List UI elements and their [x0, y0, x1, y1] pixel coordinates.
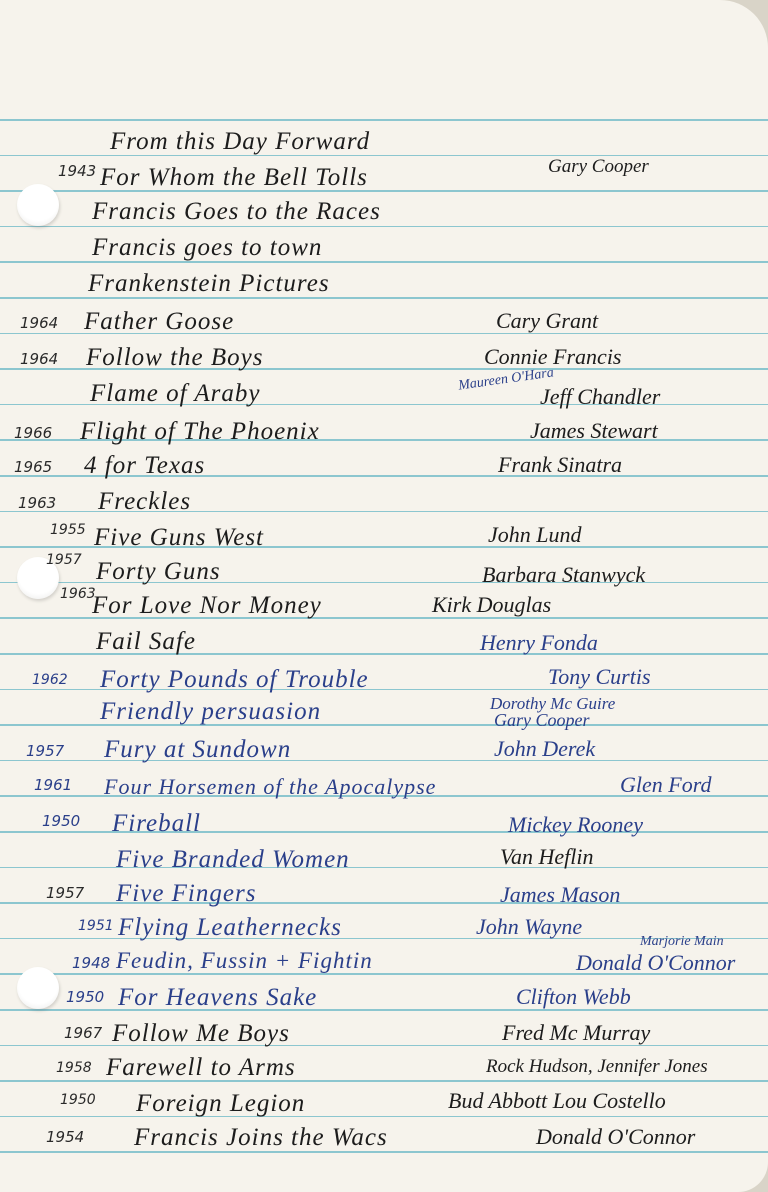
movie-actor: Donald O'Connor: [576, 950, 735, 976]
movie-actor: Donald O'Connor: [536, 1124, 695, 1150]
movie-actor: John Wayne: [476, 914, 582, 940]
movie-year: 1964: [20, 314, 58, 332]
movie-title: Frankenstein Pictures: [88, 270, 330, 298]
entry-row: 1943 For Whom the Bell Tolls Gary Cooper: [0, 160, 768, 196]
movie-title: Forty Pounds of Trouble: [100, 666, 369, 694]
movie-title: Freckles: [98, 488, 191, 516]
movie-title: Flying Leathernecks: [118, 914, 342, 942]
movie-actor: Tony Curtis: [548, 664, 651, 690]
movie-title: Francis goes to town: [92, 234, 322, 262]
entry-row: 1966 Flight of The Phoenix James Stewart: [0, 414, 768, 450]
movie-year: 1967: [64, 1024, 102, 1042]
entry-row: Francis Goes to the Races: [0, 198, 768, 234]
movie-actor: John Lund: [488, 522, 582, 548]
movie-title: Feudin, Fussin + Fightin: [116, 948, 373, 974]
movie-actor: Mickey Rooney: [508, 812, 643, 838]
movie-actor-note: Marjorie Main: [640, 934, 724, 950]
movie-title: Flight of The Phoenix: [80, 418, 320, 446]
movie-title: Flame of Araby: [90, 380, 260, 408]
ruled-line: [0, 119, 768, 121]
movie-year: 1950: [66, 988, 104, 1006]
movie-title: Fury at Sundown: [104, 736, 291, 764]
movie-title: Five Branded Women: [116, 846, 350, 874]
entry-row: 1965 4 for Texas Frank Sinatra: [0, 450, 768, 486]
movie-title: Francis Goes to the Races: [92, 198, 381, 226]
movie-actor: Clifton Webb: [516, 984, 631, 1010]
movie-actor: Fred Mc Murray: [502, 1020, 650, 1046]
movie-actor: Bud Abbott Lou Costello: [448, 1088, 666, 1114]
entry-row: 1963 Freckles: [0, 486, 768, 522]
entry-row: 1957 Fury at Sundown John Derek: [0, 734, 768, 770]
movie-year: 1964: [20, 350, 58, 368]
movie-year: 1955: [50, 522, 86, 538]
entry-row: 1957 Five Fingers James Mason: [0, 878, 768, 914]
movie-year: 1957: [46, 884, 84, 902]
movie-actor: James Mason: [500, 882, 620, 908]
movie-title: For Love Nor Money: [92, 592, 322, 620]
movie-actor: John Derek: [494, 736, 595, 762]
movie-title: Five Guns West: [94, 524, 264, 552]
movie-year: 1950: [60, 1092, 96, 1108]
movie-actor: Van Heflin: [500, 844, 594, 870]
movie-year: 1966: [14, 424, 52, 442]
entry-row: 1964 Father Goose Cary Grant: [0, 306, 768, 342]
movie-actor: James Stewart: [530, 418, 658, 444]
entry-row: 1957 Forty Guns Barbara Stanwyck: [0, 556, 768, 592]
entry-row: 1958 Farewell to Arms Rock Hudson, Jenni…: [0, 1052, 768, 1088]
movie-year: 1961: [34, 776, 72, 794]
movie-year: 1965: [14, 458, 52, 476]
entry-row: 1950 Foreign Legion Bud Abbott Lou Coste…: [0, 1088, 768, 1124]
entry-row: 1955 Five Guns West John Lund: [0, 522, 768, 558]
movie-actor: Gary Cooper: [494, 710, 590, 731]
entry-row: 1963 For Love Nor Money Kirk Douglas: [0, 590, 768, 626]
movie-title: Foreign Legion: [136, 1090, 305, 1118]
movie-actor: Cary Grant: [496, 308, 598, 334]
movie-year: 1962: [32, 672, 68, 688]
entry-row: 1948 Feudin, Fussin + Fightin Marjorie M…: [0, 946, 768, 982]
movie-year: 1950: [42, 812, 80, 830]
movie-actor: Glen Ford: [620, 772, 711, 798]
entry-row: 1950 Fireball Mickey Rooney: [0, 806, 768, 842]
movie-year: 1951: [78, 918, 114, 934]
movie-title: Friendly persuasion: [100, 698, 321, 726]
notebook-page: From this Day Forward 1943 For Whom the …: [0, 0, 768, 1192]
movie-title: Four Horsemen of the Apocalypse: [104, 774, 436, 800]
entry-row: Fail Safe Henry Fonda: [0, 626, 768, 662]
movie-year: 1963: [18, 494, 56, 512]
entry-row: 1962 Forty Pounds of Trouble Tony Curtis: [0, 662, 768, 698]
movie-year: 1963: [60, 586, 96, 602]
movie-title: Fireball: [112, 810, 201, 838]
entry-row: Five Branded Women Van Heflin: [0, 842, 768, 878]
movie-actor: Henry Fonda: [480, 630, 598, 656]
movie-title: Fail Safe: [96, 628, 196, 656]
entry-row: 1961 Four Horsemen of the Apocalypse Gle…: [0, 770, 768, 806]
movie-year: 1943: [58, 162, 96, 180]
movie-title: Follow the Boys: [86, 344, 263, 372]
movie-year: 1957: [46, 552, 82, 568]
movie-actor: Gary Cooper: [548, 156, 649, 178]
movie-title: For Whom the Bell Tolls: [100, 164, 368, 192]
entry-row: Francis goes to town: [0, 234, 768, 270]
movie-actor: Kirk Douglas: [432, 592, 551, 618]
entry-row: 1950 For Heavens Sake Clifton Webb: [0, 982, 768, 1018]
movie-actor: Frank Sinatra: [498, 452, 622, 478]
movie-title: Forty Guns: [96, 558, 221, 586]
entry-row: 1954 Francis Joins the Wacs Donald O'Con…: [0, 1122, 768, 1158]
movie-title: Five Fingers: [116, 880, 256, 908]
movie-year: 1957: [26, 742, 64, 760]
movie-actor: Barbara Stanwyck: [482, 562, 645, 588]
movie-year: 1948: [72, 954, 110, 972]
entry-row: Flame of Araby Maureen O'Hara Jeff Chand…: [0, 378, 768, 414]
entry-row: From this Day Forward: [0, 128, 768, 164]
movie-year: 1954: [46, 1128, 84, 1146]
movie-title: For Heavens Sake: [118, 984, 317, 1012]
movie-actor: Jeff Chandler: [540, 384, 660, 410]
movie-title: Farewell to Arms: [106, 1054, 296, 1082]
movie-title: 4 for Texas: [84, 452, 205, 480]
movie-title: Francis Joins the Wacs: [134, 1124, 388, 1152]
entry-row: 1964 Follow the Boys Connie Francis: [0, 342, 768, 378]
movie-year: 1958: [56, 1060, 92, 1076]
movie-actor: Rock Hudson, Jennifer Jones: [486, 1056, 708, 1078]
movie-title: Father Goose: [84, 308, 234, 336]
movie-title: Follow Me Boys: [112, 1020, 290, 1048]
entry-row: Frankenstein Pictures: [0, 270, 768, 306]
entry-row: Friendly persuasion Dorothy Mc Guire Gar…: [0, 698, 768, 734]
entry-row: 1967 Follow Me Boys Fred Mc Murray: [0, 1018, 768, 1054]
movie-title: From this Day Forward: [110, 128, 370, 156]
